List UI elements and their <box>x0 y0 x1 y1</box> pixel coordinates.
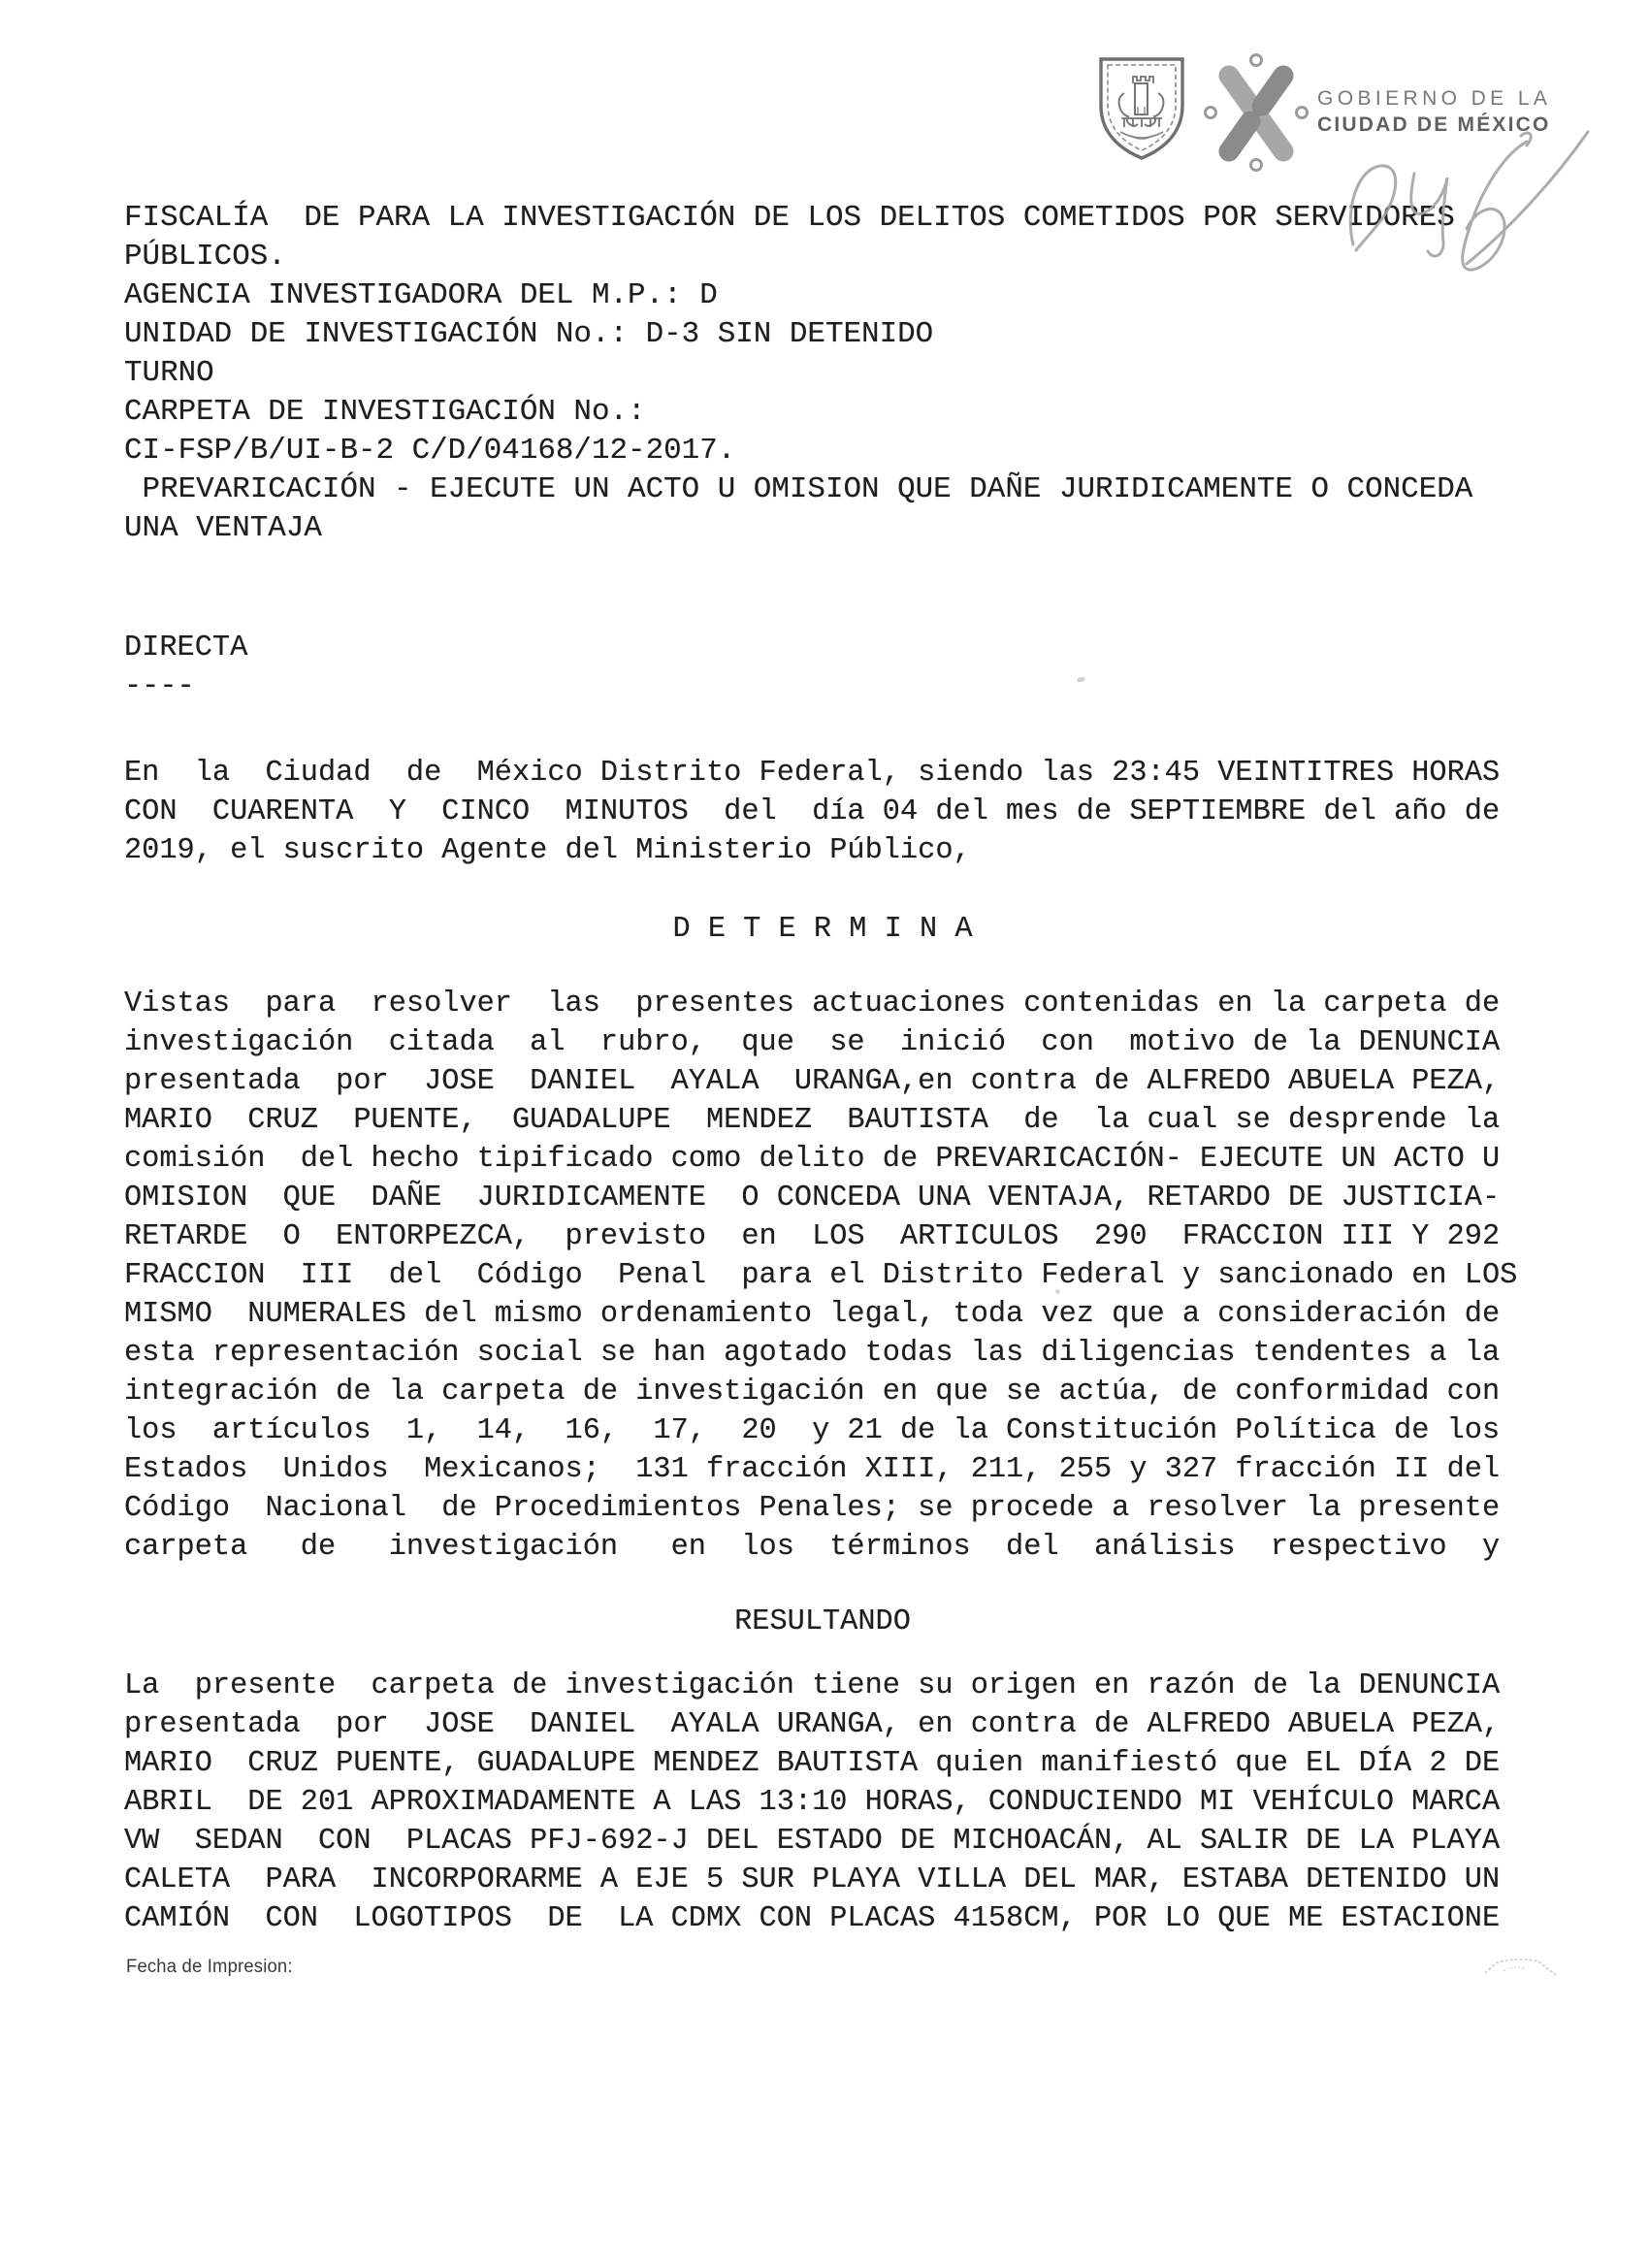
government-name-line1: GOBIERNO DE LA <box>1317 85 1569 112</box>
text-line: carpeta de investigación en los términos… <box>124 1528 1521 1567</box>
text-line: En la Ciudad de México Distrito Federal,… <box>124 754 1521 793</box>
text-line: TURNO <box>124 354 1521 393</box>
text-line: comisión del hecho tipificado como delit… <box>124 1140 1521 1179</box>
determina-heading: D E T E R M I N A <box>124 910 1521 949</box>
resultando-heading: RESULTANDO <box>124 1603 1521 1641</box>
text-line: VW SEDAN CON PLACAS PFJ-692-J DEL ESTADO… <box>124 1822 1521 1861</box>
coat-of-arms-icon <box>1094 54 1189 163</box>
text-line: CI-FSP/B/UI-B-2 C/D/04168/12-2017. <box>124 432 1521 470</box>
text-line: OMISION QUE DAÑE JURIDICAMENTE O CONCEDA… <box>124 1179 1521 1217</box>
scan-speck <box>1055 1289 1060 1294</box>
text-line: Vistas para resolver las presentes actua… <box>124 985 1521 1023</box>
text-line: FRACCION III del Código Penal para el Di… <box>124 1256 1521 1295</box>
scan-artifact <box>1482 1956 1564 1983</box>
text-line: MISMO NUMERALES del mismo ordenamiento l… <box>124 1295 1521 1334</box>
text-line: PÚBLICOS. <box>124 238 1521 276</box>
text-line: presentada por JOSE DANIEL AYALA URANGA,… <box>124 1062 1521 1101</box>
text-line: MARIO CRUZ PUENTE, GUADALUPE MENDEZ BAUT… <box>124 1101 1521 1140</box>
text-line: ABRIL DE 201 APROXIMADAMENTE A LAS 13:10… <box>124 1783 1521 1822</box>
text-line: La presente carpeta de investigación tie… <box>124 1667 1521 1705</box>
directa-block: DIRECTA ---- <box>124 629 1521 706</box>
cdmx-logo-icon <box>1201 50 1311 173</box>
handwritten-folio-mark <box>1337 118 1593 305</box>
text-line: UNIDAD DE INVESTIGACIÓN No.: D-3 SIN DET… <box>124 315 1521 354</box>
opening-paragraph: En la Ciudad de México Distrito Federal,… <box>124 754 1521 870</box>
directa-underline-dashes: ---- <box>124 667 1521 706</box>
text-line: AGENCIA INVESTIGADORA DEL M.P.: D <box>124 276 1521 315</box>
text-line: integración de la carpeta de investigaci… <box>124 1373 1521 1411</box>
text-line: los artículos 1, 14, 16, 17, 20 y 21 de … <box>124 1411 1521 1450</box>
directa-label: DIRECTA <box>124 629 1521 667</box>
determina-paragraph: Vistas para resolver las presentes actua… <box>124 985 1521 1567</box>
text-line: 2019, el suscrito Agente del Ministerio … <box>124 831 1521 870</box>
text-line: CARPETA DE INVESTIGACIÓN No.: <box>124 393 1521 432</box>
text-line: FISCALÍA DE PARA LA INVESTIGACIÓN DE LOS… <box>124 199 1521 238</box>
text-line: UNA VENTAJA <box>124 509 1521 548</box>
text-line: CAMIÓN CON LOGOTIPOS DE LA CDMX CON PLAC… <box>124 1899 1521 1938</box>
text-line: MARIO CRUZ PUENTE, GUADALUPE MENDEZ BAUT… <box>124 1744 1521 1783</box>
scanned-document-page: GOBIERNO DE LA CIUDAD DE MÉXICO FISCALÍA… <box>0 0 1649 2268</box>
text-line: Estados Unidos Mexicanos; 131 fracción X… <box>124 1450 1521 1489</box>
text-line: RETARDE O ENTORPEZCA, previsto en LOS AR… <box>124 1217 1521 1256</box>
resultando-paragraph: La presente carpeta de investigación tie… <box>124 1667 1521 1938</box>
text-line: investigación citada al rubro, que se in… <box>124 1023 1521 1062</box>
text-line: Código Nacional de Procedimientos Penale… <box>124 1489 1521 1528</box>
print-date-label: Fecha de Impresion: <box>126 1957 293 1978</box>
text-line: presentada por JOSE DANIEL AYALA URANGA,… <box>124 1705 1521 1744</box>
text-line: PREVARICACIÓN - EJECUTE UN ACTO U OMISIO… <box>124 470 1521 509</box>
document-body: FISCALÍA DE PARA LA INVESTIGACIÓN DE LOS… <box>124 199 1521 1938</box>
case-header-block: FISCALÍA DE PARA LA INVESTIGACIÓN DE LOS… <box>124 199 1521 548</box>
text-line: esta representación social se han agotad… <box>124 1334 1521 1373</box>
text-line: CON CUARENTA Y CINCO MINUTOS del día 04 … <box>124 793 1521 831</box>
text-line: CALETA PARA INCORPORARME A EJE 5 SUR PLA… <box>124 1861 1521 1899</box>
